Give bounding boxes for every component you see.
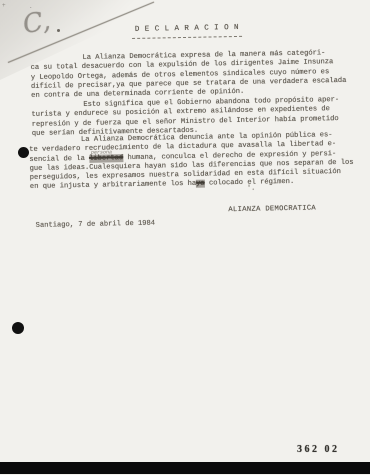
typewriter-overstrike: libertadpersona xyxy=(89,154,123,163)
document-body: D E C L A R A C I O N La Alianza Democrá… xyxy=(0,0,370,475)
handwritten-correction: persona xyxy=(91,148,112,158)
scanned-document-page: C, + . D E C L A R A C I O N La Alianza … xyxy=(0,0,370,475)
paragraph-3: La Alianza Democrática denuncia ante la … xyxy=(29,131,367,193)
archive-number: 362 02 xyxy=(297,444,340,455)
ink-smudge: '. xyxy=(247,185,255,194)
title-wrap: D E C L A R A C I O N xyxy=(0,21,370,42)
paragraph-1: La Alianza Democrática expresa de la man… xyxy=(30,49,365,102)
dateline: Santiago, 7 de abril de 1984 xyxy=(36,220,156,232)
typewriter-overstrike: ya xyxy=(196,180,205,188)
line-text: sencial de la xyxy=(29,154,89,163)
signature-organization: ALIANZA DEMOCRATICA xyxy=(228,204,316,215)
document-title: D E C L A R A C I O N xyxy=(132,24,242,39)
scan-black-bar xyxy=(0,462,370,474)
line-text: en que injusta y arbitrariamente los ha xyxy=(30,180,196,191)
